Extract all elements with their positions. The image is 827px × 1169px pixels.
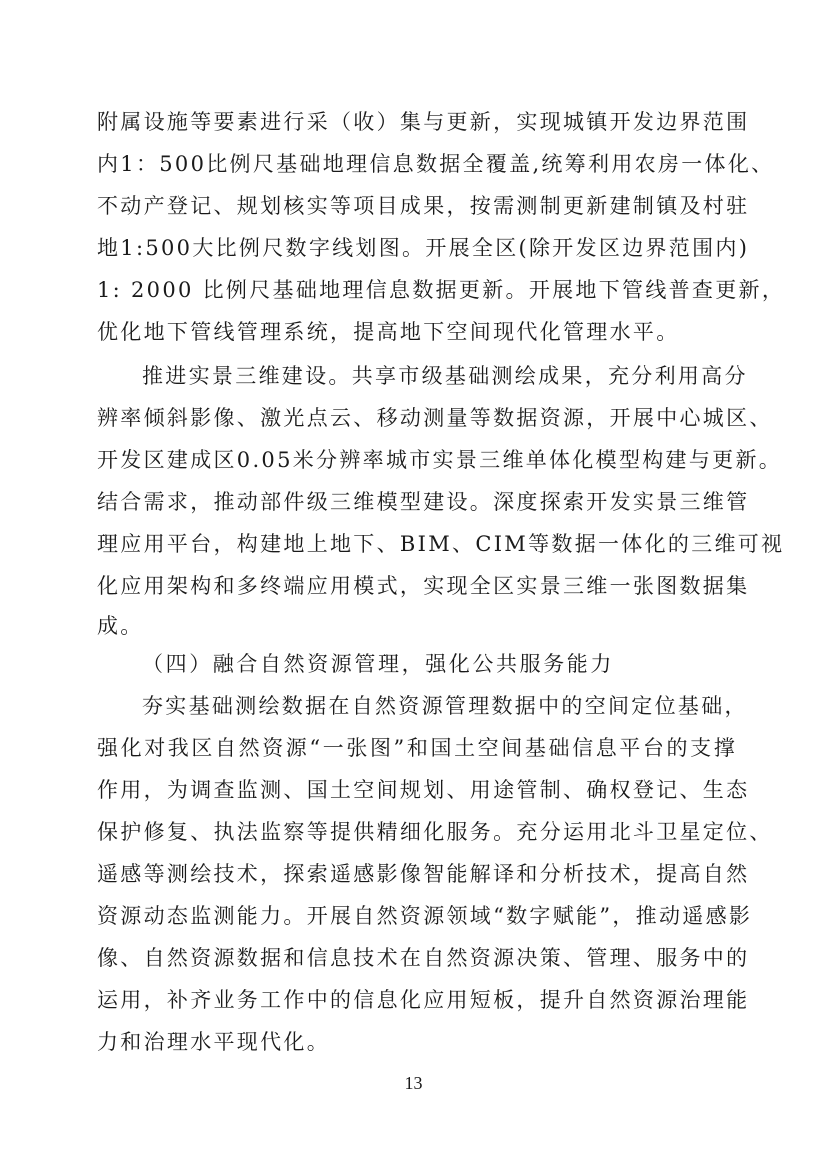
paragraph-1-line-6: 优化地下管线管理系统，提高地下空间现代化管理水平。	[97, 318, 737, 346]
paragraph-2-line-6: 化应用架构和多终端应用模式，实现全区实景三维一张图数据集	[97, 572, 737, 600]
paragraph-3-line-6: 资源动态监测能力。开展自然资源领域“数字赋能”，推动遥感影	[97, 902, 737, 930]
page-number: 13	[0, 1072, 827, 1094]
paragraph-2-line-2: 辨率倾斜影像、激光点云、移动测量等数据资源，开展中心城区、	[97, 404, 737, 432]
paragraph-1-line-5: 1: 2000 比例尺基础地理信息数据更新。开展地下管线普查更新，	[97, 276, 737, 304]
section-heading: （四）融合自然资源管理，强化公共服务能力	[142, 650, 614, 678]
paragraph-3-line-9: 力和治理水平现代化。	[97, 1028, 737, 1056]
paragraph-3-line-3: 作用，为调查监测、国土空间规划、用途管制、确权登记、生态	[97, 776, 737, 804]
paragraph-2-line-3: 开发区建成区0.05米分辨率城市实景三维单体化模型构建与更新。	[97, 446, 737, 474]
paragraph-1-line-3: 不动产登记、规划核实等项目成果，按需测制更新建制镇及村驻	[97, 192, 737, 220]
paragraph-3-line-4: 保护修复、执法监察等提供精细化服务。充分运用北斗卫星定位、	[97, 818, 737, 846]
paragraph-1-line-1: 附属设施等要素进行采（收）集与更新，实现城镇开发边界范围	[97, 108, 737, 136]
paragraph-2-line-1: 推进实景三维建设。共享市级基础测绘成果，充分利用高分	[142, 362, 737, 390]
paragraph-2-line-5: 理应用平台，构建地上地下、BIM、CIM等数据一体化的三维可视	[97, 530, 737, 558]
paragraph-3-line-2: 强化对我区自然资源“一张图”和国土空间基础信息平台的支撑	[97, 734, 737, 762]
paragraph-3-line-7: 像、自然资源数据和信息技术在自然资源决策、管理、服务中的	[97, 944, 737, 972]
paragraph-3-line-8: 运用，补齐业务工作中的信息化应用短板，提升自然资源治理能	[97, 986, 737, 1014]
paragraph-3-line-1: 夯实基础测绘数据在自然资源管理数据中的空间定位基础，	[142, 692, 737, 720]
document-page: 附属设施等要素进行采（收）集与更新，实现城镇开发边界范围 内1：500比例尺基础…	[0, 0, 827, 1169]
paragraph-2-line-4: 结合需求，推动部件级三维模型建设。深度探索开发实景三维管	[97, 488, 737, 516]
paragraph-2-line-7: 成。	[97, 612, 737, 640]
paragraph-3-line-5: 遥感等测绘技术，探索遥感影像智能解译和分析技术，提高自然	[97, 860, 737, 888]
paragraph-1-line-4: 地1:500大比例尺数字线划图。开展全区(除开发区边界范围内)	[97, 234, 737, 262]
paragraph-1-line-2: 内1：500比例尺基础地理信息数据全覆盖,统筹利用农房一体化、	[97, 150, 737, 178]
